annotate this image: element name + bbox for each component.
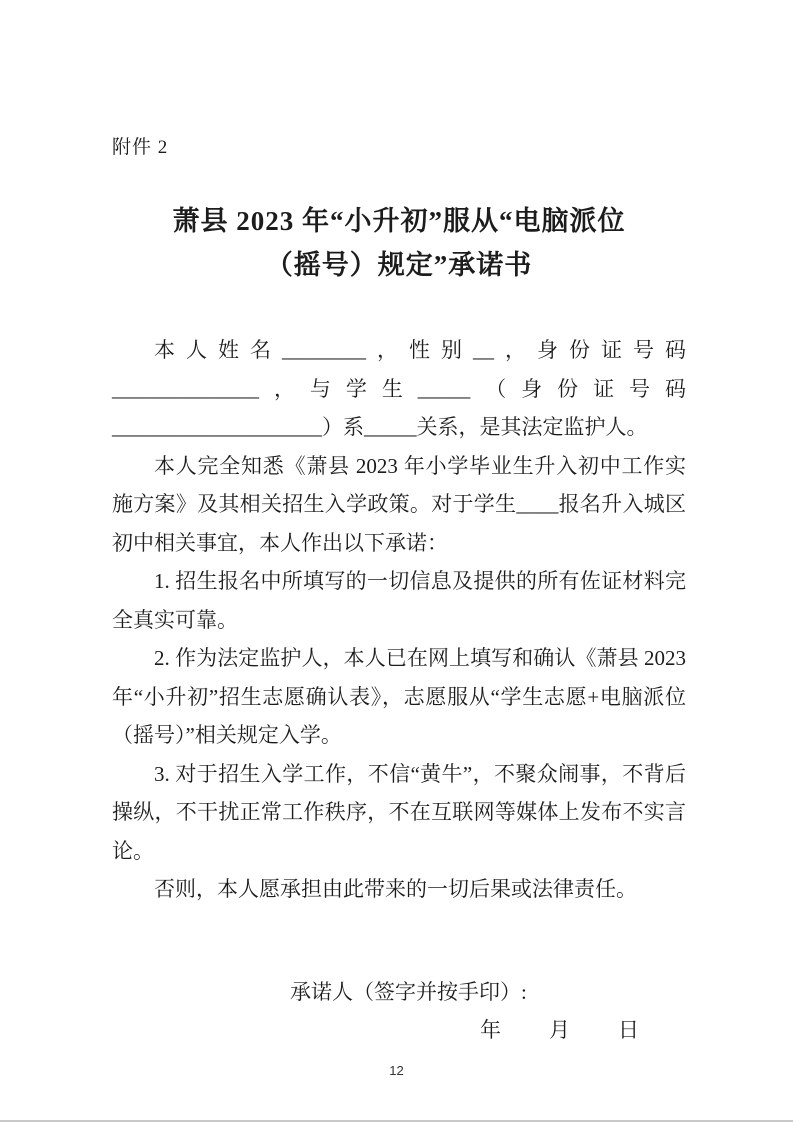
document-page: 附件 2 萧县 2023 年“小升初”服从“电脑派位 （摇号）规定”承诺书 本人…: [0, 0, 793, 1122]
paragraph-item-1: 1. 招生报名中所填写的一切信息及提供的所有佐证材料完全真实可靠。: [112, 562, 686, 639]
paragraph-item-2: 2. 作为法定监护人，本人已在网上填写和确认《萧县 2023 年“小升初”招生志…: [112, 639, 686, 755]
paragraph-item-3: 3. 对于招生入学工作，不信“黄牛”，不聚众闹事，不背后操纵，不干扰正常工作秩序…: [112, 755, 686, 871]
document-title-line2: （摇号）规定”承诺书: [112, 243, 686, 287]
paragraph-liability: 否则，本人愿承担由此带来的一切后果或法律责任。: [112, 870, 686, 909]
paragraph-personal-info: 本人姓名________，性别__，身份证号码______________，与学…: [112, 331, 686, 447]
signature-block: 承诺人（签字并按手印）: 年 月 日: [112, 973, 686, 1049]
page-number: 12: [0, 1063, 793, 1078]
document-title-line1: 萧县 2023 年“小升初”服从“电脑派位: [112, 199, 686, 243]
date-line: 年 月 日: [480, 1011, 686, 1049]
signer-label: 承诺人（签字并按手印）:: [290, 973, 686, 1011]
paragraph-policy-acknowledgement: 本人完全知悉《萧县 2023 年小学毕业生升入初中工作实施方案》及其相关招生入学…: [112, 447, 686, 563]
document-body: 本人姓名________，性别__，身份证号码______________，与学…: [112, 331, 686, 909]
attachment-label: 附件 2: [112, 132, 686, 159]
document-title: 萧县 2023 年“小升初”服从“电脑派位 （摇号）规定”承诺书: [112, 199, 686, 287]
document-content: 附件 2 萧县 2023 年“小升初”服从“电脑派位 （摇号）规定”承诺书 本人…: [112, 132, 686, 1049]
